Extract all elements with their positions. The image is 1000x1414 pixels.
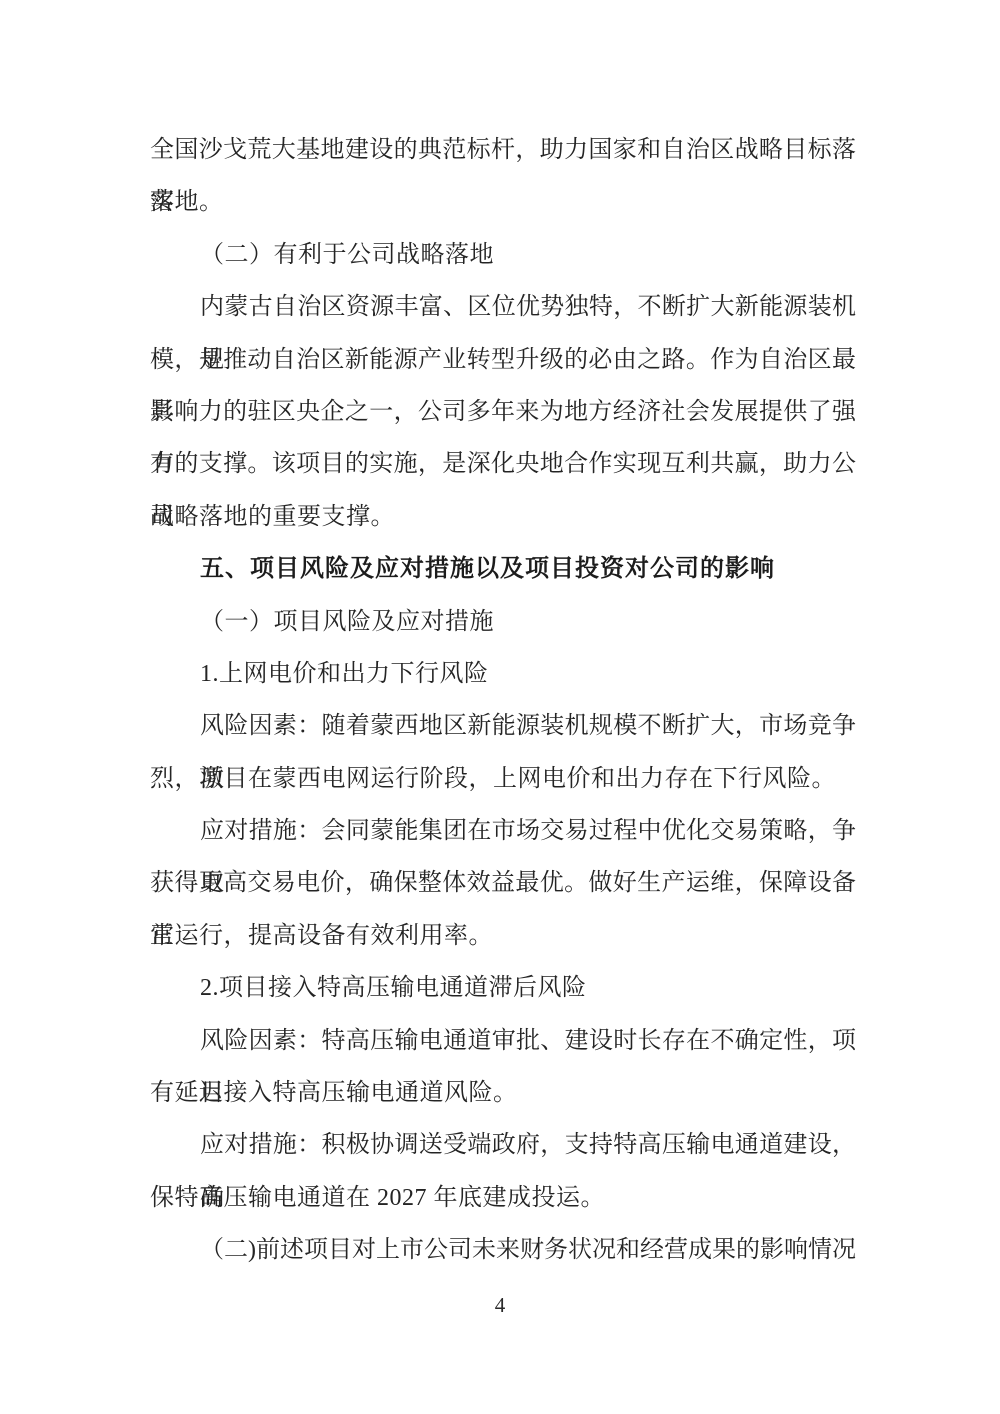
body-line: 全国沙戈荒大基地建设的典范标杆，助力国家和自治区战略目标落实 [150, 124, 856, 176]
body-line: 风险因素：特高压输电通道审批、建设时长存在不确定性，项目 [150, 1015, 856, 1067]
body-line: 内蒙古自治区资源丰富、区位优势独特，不断扩大新能源装机规 [150, 281, 856, 333]
body-line: 模，是推动自治区新能源产业转型升级的必由之路。作为自治区最具 [150, 334, 856, 386]
body-line: 烈，项目在蒙西电网运行阶段，上网电价和出力存在下行风险。 [150, 753, 856, 805]
body-line: 风险因素：随着蒙西地区新能源装机规模不断扩大，市场竞争激 [150, 700, 856, 752]
body-line: 影响力的驻区央企之一，公司多年来为地方经济社会发展提供了强有 [150, 386, 856, 438]
subsection-heading-risks: （一）项目风险及应对措施 [150, 596, 856, 648]
risk-item-1-title: 1.上网电价和出力下行风险 [150, 648, 856, 700]
subsection-heading-strategy: （二）有利于公司战略落地 [150, 229, 856, 281]
body-line: 落地。 [150, 176, 856, 228]
document-body: 全国沙戈荒大基地建设的典范标杆，助力国家和自治区战略目标落实 落地。 （二）有利… [150, 124, 856, 1277]
body-line: 战略落地的重要支撑。 [150, 491, 856, 543]
body-line: 应对措施：积极协调送受端政府，支持特高压输电通道建设，确 [150, 1119, 856, 1171]
page-number: 4 [0, 1290, 1000, 1320]
body-line: 有延迟接入特高压输电通道风险。 [150, 1067, 856, 1119]
document-page: 全国沙戈荒大基地建设的典范标杆，助力国家和自治区战略目标落实 落地。 （二）有利… [0, 0, 1000, 1414]
subsection-heading-impact: （二)前述项目对上市公司未来财务状况和经营成果的影响情况 [150, 1224, 856, 1276]
section-heading-5: 五、项目风险及应对措施以及项目投资对公司的影响 [150, 543, 856, 595]
body-line: 应对措施：会同蒙能集团在市场交易过程中优化交易策略，争取 [150, 805, 856, 857]
body-line: 保特高压输电通道在 2027 年底建成投运。 [150, 1172, 856, 1224]
risk-item-2-title: 2.项目接入特高压输电通道滞后风险 [150, 962, 856, 1014]
body-line: 力的支撑。该项目的实施，是深化央地合作实现互利共赢，助力公司 [150, 438, 856, 490]
body-line: 常运行，提高设备有效利用率。 [150, 910, 856, 962]
body-line: 获得更高交易电价，确保整体效益最优。做好生产运维，保障设备正 [150, 857, 856, 909]
